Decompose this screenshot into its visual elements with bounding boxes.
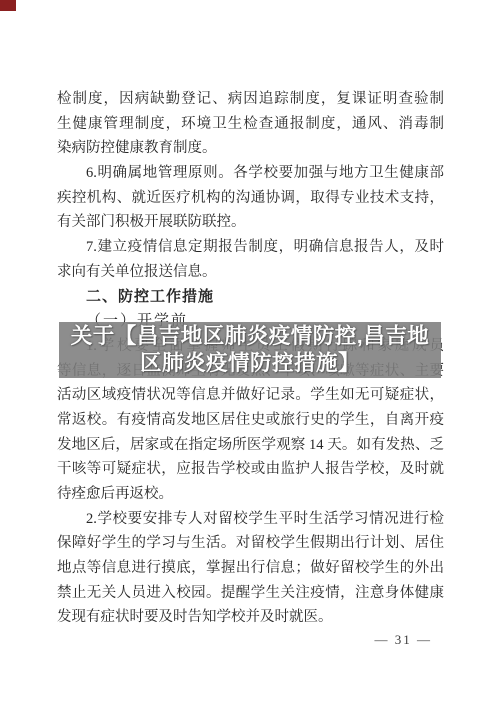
corner-mark [0,0,16,11]
document-line: 二、防控工作措施 [57,285,444,310]
document-line: 生健康管理制度，环境卫生检查通报制度，通风、消毒制度，传 [57,112,444,137]
document-page: { "page": { "background": "#ffffff", "co… [0,0,500,707]
document-line: 6.明确属地管理原则。各学校要加强与地方卫生健康部门、 [57,161,444,186]
document-line: 干咳等可疑症状，应报告学校或由监护人报告学校，及时就医， [57,457,444,482]
document-line: 2.学校要安排专人对留校学生平时生活学习情况进行检查， [57,507,444,532]
document-line: 染病防控健康教育制度。 [57,136,444,161]
overlay-title-banner: 关于【昌吉地区肺炎疫情防控,昌吉地 区肺炎疫情防控措施】 [59,322,441,378]
document-line: 发地区后，居家或在指定场所医学观察 14 天。如有发热、乏力、 [57,433,444,458]
document-line: 发现有症状时要及时告知学校并及时就医。 [57,605,444,630]
overlay-title-line1: 关于【昌吉地区肺炎疫情防控,昌吉地 [59,323,441,350]
document-line: 活动区域疫情状况等信息并做好记录。学生如无可疑症状，可正 [57,383,444,408]
document-line: 有关部门积极开展联防联控。 [57,210,444,235]
document-line: 疾控机构、就近医疗机构的沟通协调，取得专业技术支持，配合 [57,186,444,211]
document-line: 常返校。有疫情高发地区居住史或旅行史的学生，自离开疫情高 [57,408,444,433]
document-line: 7.建立疫情信息定期报告制度，明确信息报告人，及时按要 [57,235,444,260]
document-line: 禁止无关人员进入校园。提醒学生关注疫情，注意身体健康状况， [57,581,444,606]
overlay-title-line2: 区肺炎疫情防控措施】 [59,350,441,377]
document-line: 保障好学生的学习与生活。对留校学生假期出行计划、居住学习 [57,531,444,556]
document-line: 求向有关单位报送信息。 [57,260,444,285]
page-number: — 31 — [375,632,433,648]
document-line: 地点等信息进行摸底，掌握出行信息；做好留校学生的外出管控， [57,556,444,581]
document-line: 检制度，因病缺勤登记、病因追踪制度，复课证明查验制度，学 [57,87,444,112]
document-line: 待痊愈后再返校。 [57,482,444,507]
